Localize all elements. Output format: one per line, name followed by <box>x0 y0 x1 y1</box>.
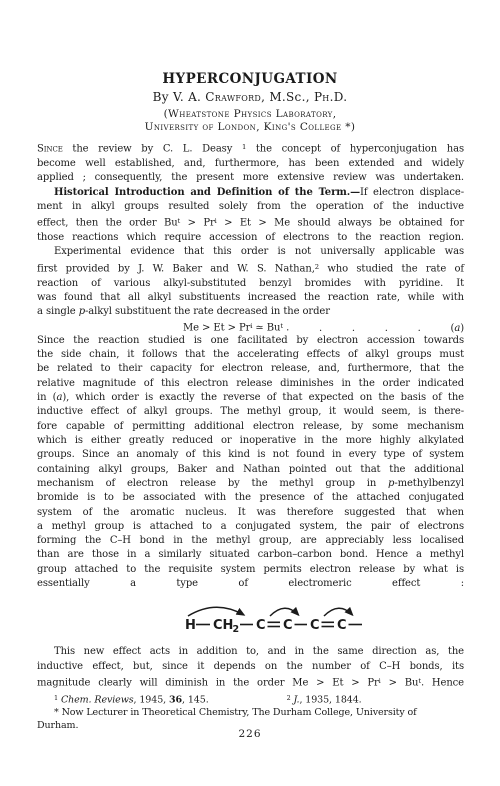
text-line: containing alkyl groups, Baker and Natha… <box>37 463 464 477</box>
text-line: Since the review by C. L. Deasy 1 the co… <box>37 140 464 157</box>
text-line: applied ; consequently, the present more… <box>37 171 464 185</box>
text-line: than are those in a similarly situated c… <box>37 548 464 562</box>
text-line: ment in alkyl groups resulted solely fro… <box>37 200 464 214</box>
article-body: Since the review by C. L. Deasy 1 the co… <box>37 140 464 691</box>
text-section-2: Since the reaction studied is one facili… <box>37 334 464 592</box>
author-byline: By V. A. Crawford, M.Sc., Ph.D. <box>0 90 500 104</box>
paragraph: Historical Introduction and Definition o… <box>37 186 464 246</box>
text-line: mechanism of electron release by the met… <box>37 477 464 491</box>
text-line: forming the C–H bond in the methyl group… <box>37 534 464 548</box>
text-line: the side chain, it follows that the acce… <box>37 348 464 362</box>
affiliation-line-2: University of London, King's College *) <box>0 121 500 133</box>
electron-shift-structure: H CH 2 C C C C <box>183 596 373 638</box>
text-line: Experimental evidence that this order is… <box>37 245 464 259</box>
text-line: system of the aromatic nucleus. It was t… <box>37 506 464 520</box>
journal-page: HYPERCONJUGATION By V. A. Crawford, M.Sc… <box>0 0 500 786</box>
paragraph: This new effect acts in addition to, and… <box>37 645 464 691</box>
text-line: group attached to the requisite system p… <box>37 563 464 577</box>
hyperconjugation-diagram: H CH 2 C C C C <box>183 596 464 638</box>
text-line: fore capable of permitting additional el… <box>37 420 464 434</box>
paragraph: Since the review by C. L. Deasy 1 the co… <box>37 140 464 186</box>
paragraph: Since the reaction studied is one facili… <box>37 334 464 592</box>
article-title: HYPERCONJUGATION <box>0 71 500 87</box>
equation-a: Me > Et > Pri ≃ But . . . . . (a) <box>37 319 464 333</box>
atom-c: C <box>337 618 346 633</box>
text-line: be related to their capacity for electro… <box>37 362 464 376</box>
page-number: 226 <box>0 728 500 740</box>
text-line: groups. Since an anomaly of this kind is… <box>37 448 464 462</box>
text-line: relative magnitude of this electron rele… <box>37 377 464 391</box>
text-line: a single p-alkyl substituent the rate de… <box>37 305 464 319</box>
text-line: first provided by J. W. Baker and W. S. … <box>37 260 464 277</box>
footnote-ref-1: 1 Chem. Reviews, 1945, 36, 145. <box>54 692 209 707</box>
text-line: was found that all alkyl substituents in… <box>37 291 464 305</box>
atom-c: C <box>283 618 292 633</box>
text-line: in (a), which order is exactly the rever… <box>37 391 464 405</box>
text-section-1: Since the review by C. L. Deasy 1 the co… <box>37 140 464 319</box>
text-line: magnitude clearly will diminish in the o… <box>37 674 464 691</box>
paragraph: Experimental evidence that this order is… <box>37 245 464 319</box>
text-line: Since the reaction studied is one facili… <box>37 334 464 348</box>
text-line: a methyl group is attached to a conjugat… <box>37 520 464 534</box>
text-line: Historical Introduction and Definition o… <box>37 186 464 200</box>
text-line: those reactions which require accession … <box>37 231 464 245</box>
text-line: This new effect acts in addition to, and… <box>37 645 464 659</box>
text-line: essentially a type of electromeric effec… <box>37 577 464 591</box>
text-line: inductive effect of alkyl groups. The me… <box>37 405 464 419</box>
group-ch: CH <box>213 618 233 633</box>
affiliation-line-1: (Wheatstone Physics Laboratory, <box>0 108 500 120</box>
curved-arrow-icon <box>324 609 353 617</box>
footnote-ref-2: 2 J., 1935, 1844. <box>287 692 362 707</box>
text-line: become well established, and, furthermor… <box>37 157 464 171</box>
text-section-3: This new effect acts in addition to, and… <box>37 645 464 691</box>
text-line: reaction of various alkyl-substituted be… <box>37 277 464 291</box>
footnotes: 1 Chem. Reviews, 1945, 36, 145. 2 J., 19… <box>37 692 464 733</box>
text-line: effect, then the order But > Pri > Et > … <box>37 214 464 231</box>
footnote-star-line-1: * Now Lecturer in Theoretical Chemistry,… <box>37 707 464 720</box>
atom-h: H <box>185 618 196 633</box>
text-line: bromide is to be associated with the pre… <box>37 491 464 505</box>
atom-c: C <box>256 618 265 633</box>
curved-arrow-icon <box>188 608 244 617</box>
curved-arrow-icon <box>270 609 299 617</box>
atom-c: C <box>310 618 319 633</box>
subscript-2: 2 <box>233 624 240 635</box>
text-line: inductive effect, but, since it depends … <box>37 660 464 674</box>
text-line: which is either greatly reduced or inope… <box>37 434 464 448</box>
footnote-references-row: 1 Chem. Reviews, 1945, 36, 145. 2 J., 19… <box>37 692 464 707</box>
electron-shift-arrows <box>188 608 353 617</box>
